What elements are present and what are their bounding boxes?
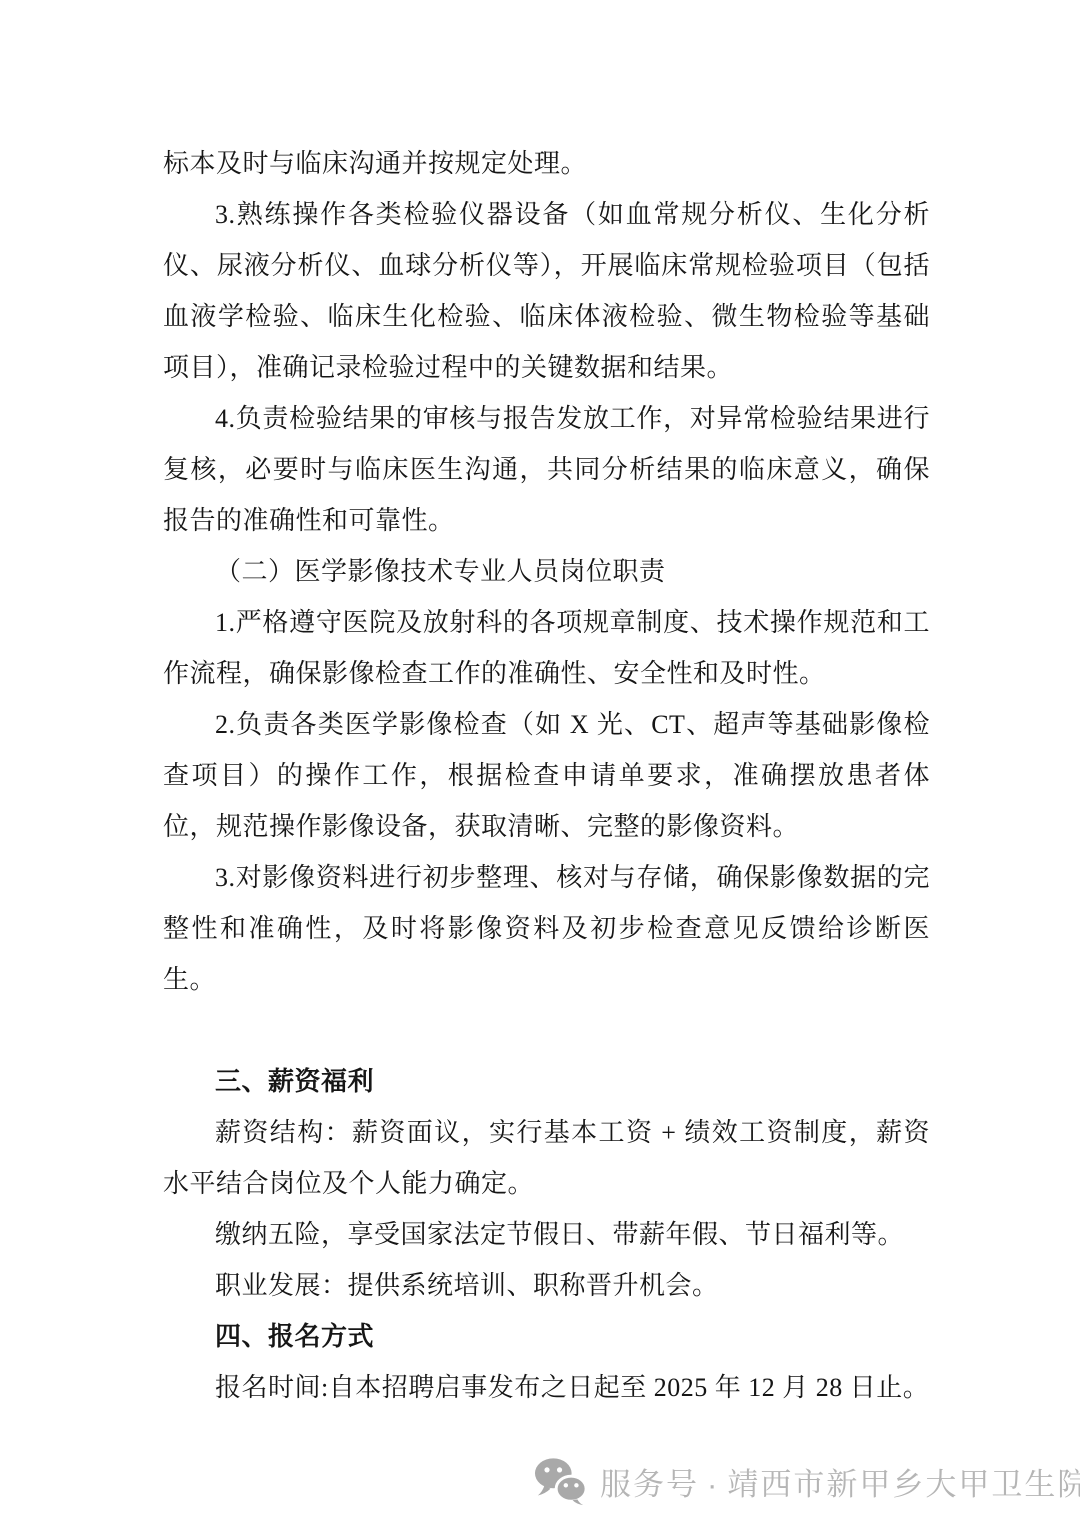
para-imaging-section-title: （二）医学影像技术专业人员岗位职责	[163, 546, 930, 597]
document-page: 标本及时与临床沟通并按规定处理。 3.熟练操作各类检验仪器设备（如血常规分析仪、…	[163, 138, 930, 1413]
para-imaging-rules: 1.严格遵守医院及放射科的各项规章制度、技术操作规范和工作流程，确保影像检查工作…	[163, 597, 930, 699]
para-instrument-operation: 3.熟练操作各类检验仪器设备（如血常规分析仪、生化分析仪、尿液分析仪、血球分析仪…	[163, 189, 930, 393]
para-imaging-exams: 2.负责各类医学影像检查（如 X 光、CT、超声等基础影像检查项目）的操作工作，…	[163, 699, 930, 852]
wechat-footer: 服务号·靖西市新甲乡大甲卫生院	[534, 1452, 1080, 1510]
para-application-time: 报名时间:自本招聘启事发布之日起至 2025 年 12 月 28 日止。	[163, 1362, 930, 1413]
para-imaging-data: 3.对影像资料进行初步整理、核对与存储，确保影像数据的完整性和准确性，及时将影像…	[163, 852, 930, 1005]
para-insurance-benefits: 缴纳五险，享受国家法定节假日、带薪年假、节日福利等。	[163, 1209, 930, 1260]
wechat-icon	[534, 1456, 588, 1506]
para-result-review: 4.负责检验结果的审核与报告发放工作，对异常检验结果进行复核，必要时与临床医生沟…	[163, 393, 930, 546]
para-specimen-handling: 标本及时与临床沟通并按规定处理。	[163, 138, 930, 189]
heading-application-method: 四、报名方式	[163, 1311, 930, 1362]
account-name: 靖西市新甲乡大甲卫生院	[727, 1467, 1080, 1502]
footer-text: 服务号·靖西市新甲乡大甲卫生院	[600, 1459, 1080, 1504]
para-salary-structure: 薪资结构：薪资面议，实行基本工资 + 绩效工资制度，薪资水平结合岗位及个人能力确…	[163, 1107, 930, 1209]
para-career-development: 职业发展：提供系统培训、职称晋升机会。	[163, 1260, 930, 1311]
account-type-label: 服务号	[600, 1467, 699, 1502]
heading-salary-benefits: 三、薪资福利	[163, 1056, 930, 1107]
separator-dot: ·	[707, 1467, 719, 1502]
